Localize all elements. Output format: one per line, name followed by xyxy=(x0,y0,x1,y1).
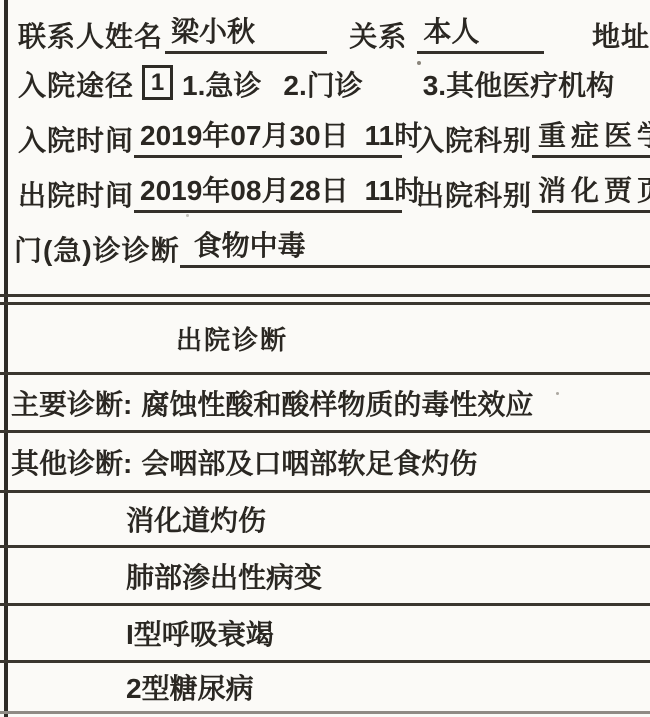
admission-dept-value: 重症医学 xyxy=(538,119,650,153)
other-diagnosis-value-4: I型呼吸衰竭 xyxy=(0,613,274,653)
er-diagnosis-value: 食物中毒 xyxy=(194,229,306,263)
relation-field: 本人 xyxy=(417,15,544,54)
discharge-time-row: 出院时间 2019年08月28日 11时 出院科别 消化贾页 xyxy=(0,171,650,213)
admission-route-code-box: 1 xyxy=(142,65,173,100)
medical-record-scan-page: 联系人姓名 梁小秋 关系 本人 地址 入院途径 1 1.急诊 2.门诊 3.其他… xyxy=(0,0,650,717)
discharge-time-label: 出院时间 xyxy=(18,179,134,213)
other-diagnosis-label: 其他诊断: xyxy=(0,442,132,482)
contact-name-label: 联系人姓名 xyxy=(18,20,163,54)
discharge-diagnosis-header: 出院诊断 xyxy=(0,320,288,357)
other-diagnosis-value-5: 2型糖尿病 xyxy=(0,667,254,707)
discharge-dept-label: 出院科别 xyxy=(416,179,532,213)
main-diagnosis-row: 主要诊断: 腐蚀性酸和酸样物质的毒性效应 xyxy=(0,375,650,433)
er-diagnosis-field: 食物中毒 xyxy=(180,229,650,268)
discharge-date-value: 2019年08月28日 xyxy=(140,174,349,208)
route-option-other-institution: 3.其他医疗机构 xyxy=(423,69,614,103)
address-label: 地址 xyxy=(592,20,650,54)
admission-route-row: 入院途径 1 1.急诊 2.门诊 3.其他医疗机构 xyxy=(0,61,650,103)
relation-value: 本人 xyxy=(423,15,479,49)
scan-noise-speck xyxy=(556,392,559,395)
route-option-outpatient: 2.门诊 xyxy=(283,69,362,103)
section-divider-line xyxy=(0,294,650,297)
contact-row: 联系人姓名 梁小秋 关系 本人 地址 xyxy=(0,12,650,54)
contact-name-value: 梁小秋 xyxy=(171,15,255,49)
scan-noise-speck xyxy=(417,61,421,65)
er-diagnosis-label: 门(急)诊诊断 xyxy=(14,234,180,268)
other-diagnosis-row: 其他诊断: 会咽部及口咽部软足食灼伤 xyxy=(0,433,650,493)
other-diagnosis-value-2: 消化道灼伤 xyxy=(0,499,266,539)
main-diagnosis-value: 腐蚀性酸和酸样物质的毒性效应 xyxy=(141,383,533,423)
admission-time-label: 入院时间 xyxy=(18,124,134,158)
discharge-diagnosis-header-row: 出院诊断 xyxy=(0,305,650,375)
other-diagnosis-row: 消化道灼伤 xyxy=(0,493,650,548)
route-option-emergency: 1.急诊 xyxy=(182,69,261,103)
discharge-diagnosis-table: 出院诊断 主要诊断: 腐蚀性酸和酸样物质的毒性效应 其他诊断: 会咽部及口咽部软… xyxy=(0,302,650,714)
discharge-time-field: 2019年08月28日 11时 xyxy=(134,174,402,213)
discharge-dept-field: 消化贾页 xyxy=(532,174,650,213)
main-diagnosis-label: 主要诊断: xyxy=(0,383,132,423)
admission-route-code: 1 xyxy=(151,71,164,95)
admission-hour-value: 11时 xyxy=(365,119,423,153)
other-diagnosis-row: 2型糖尿病 xyxy=(0,663,650,714)
other-diagnosis-row: 肺部渗出性病变 xyxy=(0,548,650,606)
admission-time-row: 入院时间 2019年07月30日 11时 入院科别 重症医学 xyxy=(0,116,650,158)
admission-date-value: 2019年07月30日 xyxy=(140,119,349,153)
discharge-hour-value: 11时 xyxy=(365,174,423,208)
er-diagnosis-row: 门(急)诊诊断 食物中毒 xyxy=(0,226,650,268)
other-diagnosis-value-1: 会咽部及口咽部软足食灼伤 xyxy=(141,442,477,482)
discharge-dept-value: 消化贾页 xyxy=(538,174,650,208)
admission-dept-label: 入院科别 xyxy=(416,124,532,158)
scan-noise-speck xyxy=(186,214,189,217)
admission-time-field: 2019年07月30日 11时 xyxy=(134,119,402,158)
relation-label: 关系 xyxy=(349,20,407,54)
admission-route-label: 入院途径 xyxy=(18,69,134,103)
other-diagnosis-value-3: 肺部渗出性病变 xyxy=(0,556,322,596)
contact-name-field: 梁小秋 xyxy=(165,15,327,54)
admission-dept-field: 重症医学 xyxy=(532,119,650,158)
other-diagnosis-row: I型呼吸衰竭 xyxy=(0,606,650,663)
